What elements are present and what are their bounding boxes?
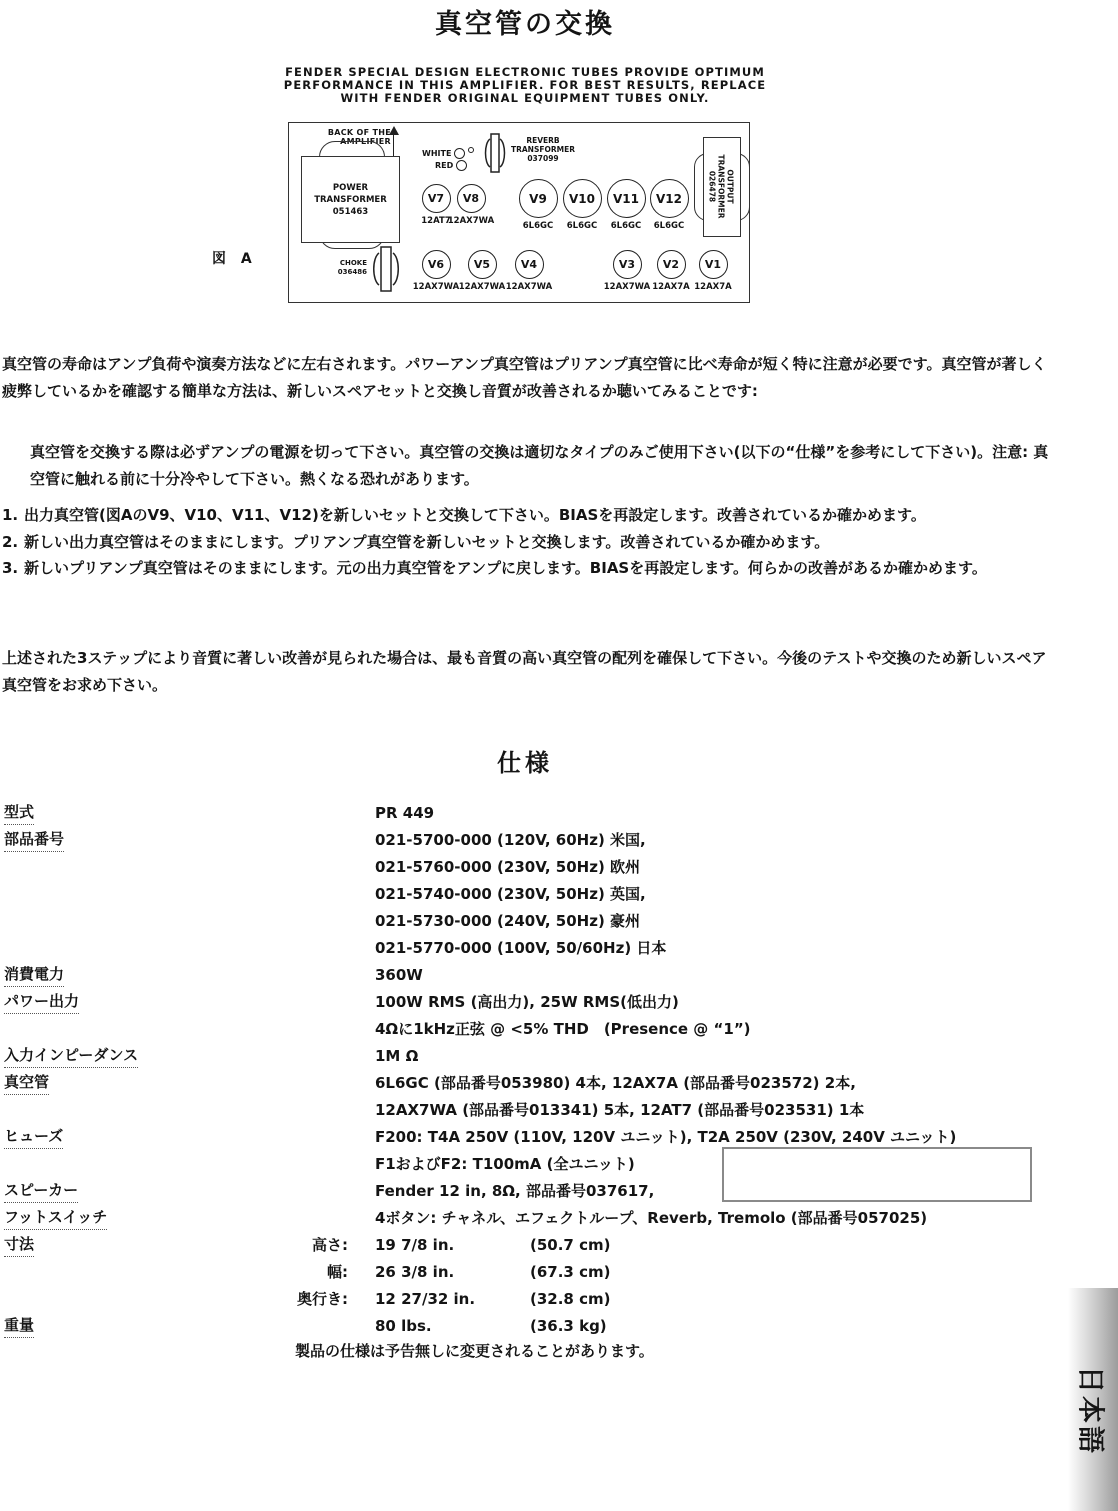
power-transformer-label: POWER TRANSFORMER 051463 bbox=[301, 156, 400, 243]
red-wire-jack: RED bbox=[435, 160, 467, 171]
spec-row: 型式 PR 449 bbox=[4, 800, 1114, 827]
spec-row: 寸法 高さ: 19 7/8 in. (50.7 cm) bbox=[4, 1232, 1114, 1259]
up-arrow-icon bbox=[389, 126, 399, 135]
tube-circle: V10 bbox=[563, 179, 602, 218]
manual-page: 真空管の交換 FENDER SPECIAL DESIGN ELECTRONIC … bbox=[0, 0, 1118, 1511]
spec-value: 6L6GC (部品番号053980) 4本, 12AX7A (部品番号02357… bbox=[375, 1070, 856, 1097]
spec-value: 4Ωに1kHz正弦 @ <5% THD (Presence @ “1”) bbox=[375, 1016, 751, 1043]
spec-sublabel: 奥行き: bbox=[274, 1286, 348, 1313]
step-item: 3. 新しいプリアンプ真空管はそのままにします。元の出力真空管をアンプに戻します… bbox=[2, 555, 1054, 582]
page-title: 真空管の交換 bbox=[0, 2, 1050, 41]
spec-value-metric: (32.8 cm) bbox=[530, 1286, 610, 1313]
white-label: WHITE bbox=[422, 149, 451, 158]
spec-row: 021-5730-000 (240V, 50Hz) 豪州 bbox=[4, 908, 1114, 935]
spec-row: 入力インピーダンス 1M Ω bbox=[4, 1043, 1114, 1070]
tube-circle: V5 bbox=[468, 250, 497, 279]
spec-label: 真空管 bbox=[4, 1070, 49, 1095]
spec-label: 型式 bbox=[4, 800, 34, 825]
amplifier-back-diagram: BACK OF THE AMPLIFIER POWER TRANSFORMER … bbox=[288, 122, 750, 303]
tube-circle: V11 bbox=[607, 179, 646, 218]
tube-type-label: 12AX7WA bbox=[501, 282, 557, 292]
spec-row: パワー出力 100W RMS (高出力), 25W RMS(低出力) bbox=[4, 989, 1114, 1016]
step-item: 2. 新しい出力真空管はそのままにします。プリアンプ真空管を新しいセットと交換し… bbox=[2, 529, 1054, 556]
spec-row: 真空管 6L6GC (部品番号053980) 4本, 12AX7A (部品番号0… bbox=[4, 1070, 1114, 1097]
figure-label: 図 A bbox=[212, 248, 257, 268]
output-transformer-label: OUTPUT TRANSFORMER 026478 bbox=[708, 140, 735, 234]
spec-label: スピーカー bbox=[4, 1178, 78, 1203]
reverb-transformer-icon bbox=[482, 132, 508, 174]
tube-circle: V1 bbox=[699, 250, 728, 279]
spec-value: 021-5730-000 (240V, 50Hz) 豪州 bbox=[375, 908, 640, 935]
spec-value: 100W RMS (高出力), 25W RMS(低出力) bbox=[375, 989, 679, 1016]
tube-circle: V12 bbox=[650, 179, 689, 218]
spec-value: 12 27/32 in. bbox=[375, 1286, 475, 1313]
para-replace-warning: 真空管を交換する際は必ずアンプの電源を切って下さい。真空管の交換は適切なタイプの… bbox=[30, 439, 1054, 492]
spec-row: 消費電力 360W bbox=[4, 962, 1114, 989]
step-number: 2. bbox=[2, 529, 24, 556]
spec-row: 重量 80 lbs. (36.3 kg) bbox=[4, 1313, 1114, 1340]
reverb-transformer-label: REVERB TRANSFORMER 037099 bbox=[510, 136, 576, 163]
spec-row: 奥行き: 12 27/32 in. (32.8 cm) bbox=[4, 1286, 1114, 1313]
english-note: FENDER SPECIAL DESIGN ELECTRONIC TUBES P… bbox=[0, 66, 1050, 105]
spec-value: 26 3/8 in. bbox=[375, 1259, 454, 1286]
tube: V8 12AX7WA bbox=[443, 179, 499, 226]
step-text: 新しいプリアンプ真空管はそのままにします。元の出力真空管をアンプに戻します。BI… bbox=[24, 555, 1054, 582]
tube-type-label: 6L6GC bbox=[641, 221, 697, 231]
tube-circle: V3 bbox=[613, 250, 642, 279]
spec-sublabel: 幅: bbox=[274, 1259, 348, 1286]
spec-row: 021-5760-000 (230V, 50Hz) 欧州 bbox=[4, 854, 1114, 881]
spec-value: 021-5700-000 (120V, 60Hz) 米国, bbox=[375, 827, 646, 854]
step-text: 出力真空管(図AのV9、V10、V11、V12)を新しいセットと交換して下さい。… bbox=[24, 502, 1054, 529]
spec-value: 19 7/8 in. bbox=[375, 1232, 454, 1259]
spec-value: 4ボタン: チャネル、エフェクトループ、Reverb, Tremolo (部品番… bbox=[375, 1205, 927, 1232]
tube-circle: V4 bbox=[515, 250, 544, 279]
spec-row: 021-5770-000 (100V, 50/60Hz) 日本 bbox=[4, 935, 1114, 962]
spec-row: 4Ωに1kHz正弦 @ <5% THD (Presence @ “1”) bbox=[4, 1016, 1114, 1043]
side-language-tab: 日本語 bbox=[1068, 1288, 1118, 1511]
spec-row: フットスイッチ 4ボタン: チャネル、エフェクトループ、Reverb, Trem… bbox=[4, 1205, 1114, 1232]
tube-type-label: 12AX7A bbox=[685, 282, 741, 292]
tube: V1 12AX7A bbox=[685, 250, 741, 292]
tube: V4 12AX7WA bbox=[501, 250, 557, 292]
spec-value: Fender 12 in, 8Ω, 部品番号037617, bbox=[375, 1178, 654, 1205]
step-text: 新しい出力真空管はそのままにします。プリアンプ真空管を新しいセットと交換します。… bbox=[24, 529, 1054, 556]
tube: V12 6L6GC bbox=[641, 179, 697, 231]
blank-box bbox=[722, 1147, 1032, 1202]
spec-value: 80 lbs. bbox=[375, 1313, 432, 1340]
small-dot-icon bbox=[468, 147, 474, 153]
spec-value: 021-5760-000 (230V, 50Hz) 欧州 bbox=[375, 854, 640, 881]
spec-row: 幅: 26 3/8 in. (67.3 cm) bbox=[4, 1259, 1114, 1286]
spec-value-metric: (50.7 cm) bbox=[530, 1232, 610, 1259]
spec-label: 寸法 bbox=[4, 1232, 34, 1257]
choke-label: CHOKE 036486 bbox=[321, 259, 367, 277]
spec-value: 12AX7WA (部品番号013341) 5本, 12AT7 (部品番号0235… bbox=[375, 1097, 864, 1124]
spec-label: 重量 bbox=[4, 1313, 34, 1338]
spec-value: 1M Ω bbox=[375, 1043, 418, 1070]
tube-circle: V2 bbox=[657, 250, 686, 279]
tube-circle: V8 bbox=[457, 184, 486, 213]
spec-label: フットスイッチ bbox=[4, 1205, 107, 1230]
tube-type-label: 12AX7WA bbox=[443, 216, 499, 226]
step-number: 3. bbox=[2, 555, 24, 582]
spec-value-metric: (36.3 kg) bbox=[530, 1313, 607, 1340]
tube-circle: V6 bbox=[422, 250, 451, 279]
spec-sublabel: 高さ: bbox=[274, 1232, 348, 1259]
spec-value: 021-5770-000 (100V, 50/60Hz) 日本 bbox=[375, 935, 666, 962]
white-wire-jack: WHITE bbox=[422, 147, 474, 160]
spec-label: 入力インピーダンス bbox=[4, 1043, 138, 1068]
specs-table: 型式 PR 449 部品番号 021-5700-000 (120V, 60Hz)… bbox=[4, 800, 1114, 1340]
spec-label: ヒューズ bbox=[4, 1124, 63, 1149]
white-jack-icon bbox=[454, 148, 465, 159]
specs-heading: 仕様 bbox=[0, 743, 1050, 778]
spec-value: 021-5740-000 (230V, 50Hz) 英国, bbox=[375, 881, 646, 908]
step-number: 1. bbox=[2, 502, 24, 529]
spec-row: 部品番号 021-5700-000 (120V, 60Hz) 米国, bbox=[4, 827, 1114, 854]
steps-list: 1. 出力真空管(図AのV9、V10、V11、V12)を新しいセットと交換して下… bbox=[2, 502, 1054, 582]
para-tube-life: 真空管の寿命はアンプ負荷や演奏方法などに左右されます。パワーアンプ真空管はプリア… bbox=[2, 351, 1054, 404]
spec-label: 消費電力 bbox=[4, 962, 64, 987]
spec-label: パワー出力 bbox=[4, 989, 79, 1014]
spec-value-metric: (67.3 cm) bbox=[530, 1259, 610, 1286]
spec-value: 360W bbox=[375, 962, 423, 989]
spec-row: 021-5740-000 (230V, 50Hz) 英国, bbox=[4, 881, 1114, 908]
specs-note: 製品の仕様は予告無しに変更されることがあります。 bbox=[295, 1340, 654, 1361]
side-tab-label: 日本語 bbox=[1074, 1366, 1113, 1456]
spec-value: PR 449 bbox=[375, 800, 434, 827]
spec-value: F1およびF2: T100mA (全ユニット) bbox=[375, 1151, 635, 1178]
para-conclusion: 上述された3ステップにより音質に著しい改善が見られた場合は、最も音質の高い真空管… bbox=[2, 645, 1054, 698]
choke-icon bbox=[369, 244, 403, 294]
red-label: RED bbox=[435, 161, 453, 170]
step-item: 1. 出力真空管(図AのV9、V10、V11、V12)を新しいセットと交換して下… bbox=[2, 502, 1054, 529]
tube-circle: V9 bbox=[519, 179, 558, 218]
spec-label: 部品番号 bbox=[4, 827, 64, 852]
red-jack-icon bbox=[456, 160, 467, 171]
spec-row: 12AX7WA (部品番号013341) 5本, 12AT7 (部品番号0235… bbox=[4, 1097, 1114, 1124]
